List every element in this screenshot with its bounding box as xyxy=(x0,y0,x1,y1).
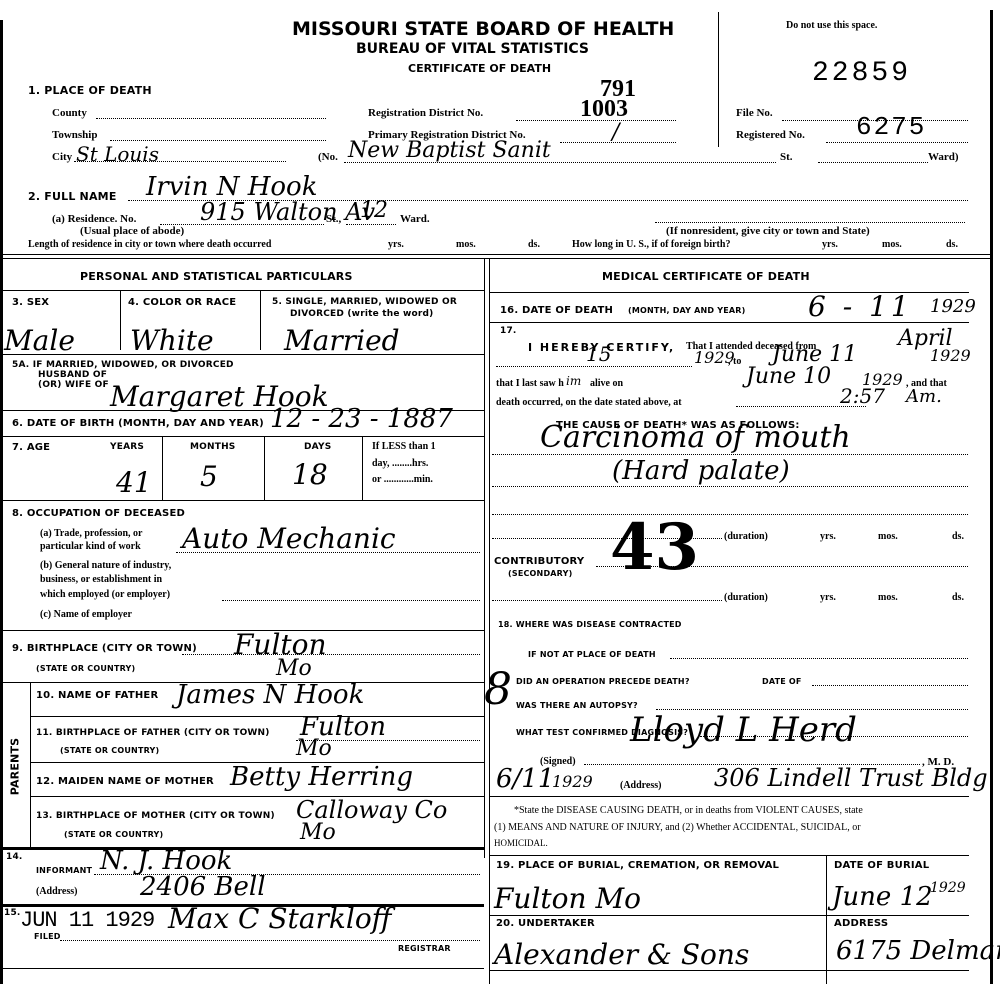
less-label-2: day, ........hrs. xyxy=(372,458,428,469)
months-days-divider xyxy=(264,436,265,500)
rule-parents-bottom xyxy=(0,847,484,850)
medical-section-title: MEDICAL CERTIFICATE OF DEATH xyxy=(602,270,810,283)
certify-num: 17. xyxy=(500,326,517,336)
race-label: 4. COLOR OR RACE xyxy=(128,297,236,308)
right-border xyxy=(990,10,993,984)
burial-date-year: 1929 xyxy=(930,880,966,896)
mother-label: 12. MAIDEN NAME OF MOTHER xyxy=(36,776,214,787)
rule-footnote-bottom xyxy=(489,855,969,856)
birthplace-field[interactable] xyxy=(182,646,480,655)
last-saw-label: that I last saw h xyxy=(496,378,564,389)
days-label: DAYS xyxy=(304,442,331,452)
days-value: 18 xyxy=(292,458,328,491)
header-divider xyxy=(718,12,719,147)
occurred-suffix: Am. xyxy=(906,386,942,407)
no-value: New Baptist Sanit xyxy=(348,138,551,163)
last-saw-him: im xyxy=(566,374,581,388)
code-value: 43 xyxy=(610,510,699,585)
father-label: 10. NAME OF FATHER xyxy=(36,690,158,701)
occurred-value: 2:57 xyxy=(840,384,885,408)
sex-value: Male xyxy=(4,324,75,357)
birthplace-label: 9. BIRTHPLACE (CITY OR TOWN) xyxy=(12,643,197,654)
operation-label: DID AN OPERATION PRECEDE DEATH? xyxy=(516,677,690,686)
rule-address-row xyxy=(489,796,969,797)
marital-value: Married xyxy=(284,324,400,357)
cause-line-3-field[interactable] xyxy=(492,506,968,515)
contracted-label: 18. WHERE WAS DISEASE CONTRACTED xyxy=(498,620,682,629)
sign-year: 1929 xyxy=(552,772,593,791)
length-residence-label: Length of residence in city or town wher… xyxy=(28,239,271,250)
left-border xyxy=(0,20,3,984)
sex-race-divider xyxy=(120,290,121,350)
township-label: Township xyxy=(52,129,97,141)
place-of-death-label: 1. PLACE OF DEATH xyxy=(28,84,152,97)
residence-label: (a) Residence. No. xyxy=(52,213,136,225)
center-divider-left xyxy=(484,258,485,858)
address-value: 306 Lindell Trust Bldg xyxy=(714,764,988,792)
form-title: MISSOURI STATE BOARD OF HEALTH xyxy=(292,18,674,40)
residence-st-label: St., xyxy=(326,213,341,225)
rule-bottom-right xyxy=(489,970,969,971)
do-not-use-label: Do not use this space. xyxy=(786,20,877,31)
occupation-label: 8. OCCUPATION OF DECEASED xyxy=(12,508,185,519)
father-birthplace-label: 11. BIRTHPLACE OF FATHER (CITY OR TOWN) xyxy=(36,728,270,738)
rule-personal-title xyxy=(0,290,484,291)
marital-label-2: DIVORCED (write the word) xyxy=(290,309,434,319)
rule-age-row xyxy=(0,500,484,501)
dob-label: 6. DATE OF BIRTH (MONTH, DAY AND YEAR) xyxy=(12,418,264,429)
burial-value: Fulton Mo xyxy=(494,882,641,915)
registration-district-label: Registration District No. xyxy=(368,107,483,119)
industry-label-2: business, or establishment in xyxy=(40,574,162,585)
birthplace-state-label: (STATE OR COUNTRY) xyxy=(36,664,135,673)
duration-2-mos: mos. xyxy=(878,592,898,603)
less-label-1: If LESS than 1 xyxy=(372,441,436,452)
operation-date-field[interactable] xyxy=(812,679,968,686)
informant-num: 14. xyxy=(6,852,23,862)
marital-label-1: 5. SINGLE, MARRIED, WIDOWED OR xyxy=(272,297,457,307)
burial-date-value: June 12 xyxy=(832,882,933,912)
parents-label: PARENTS xyxy=(8,738,21,796)
duration-2-yrs: yrs. xyxy=(820,592,836,603)
address-label: (Address) xyxy=(620,780,661,791)
industry-label-3: which employed (or employer) xyxy=(40,589,170,600)
ward-field[interactable] xyxy=(818,154,928,163)
birthplace-state-value: Mo xyxy=(276,656,312,681)
mother-state-value: Mo xyxy=(300,820,336,845)
trade-label-2: particular kind of work xyxy=(40,541,141,552)
form-name: CERTIFICATE OF DEATH xyxy=(408,62,551,75)
years-value: 41 xyxy=(116,466,152,499)
trade-label-1: (a) Trade, profession, or xyxy=(40,528,143,539)
to-year: 1929 xyxy=(930,346,971,365)
date-of-label: DATE OF xyxy=(762,677,802,686)
contributory-label: CONTRIBUTORY xyxy=(494,556,584,567)
dod-label: 16. DATE OF DEATH xyxy=(500,305,613,316)
informant-address-value: 2406 Bell xyxy=(140,872,266,902)
footnote-2: (1) MEANS AND NATURE OF INJURY, and (2) … xyxy=(494,822,861,833)
alive-on-label: alive on xyxy=(590,378,623,389)
spouse-label-3: (OR) WIFE OF xyxy=(38,380,109,390)
to-label: , to xyxy=(728,356,741,367)
mother-value: Betty Herring xyxy=(230,762,413,792)
duration-2-label: (duration) xyxy=(724,592,768,603)
city-label: City xyxy=(52,151,72,163)
center-divider-right xyxy=(489,258,490,984)
trade-value: Auto Mechanic xyxy=(182,522,396,555)
mother-birthplace-label: 13. BIRTHPLACE OF MOTHER (CITY OR TOWN) xyxy=(36,811,275,821)
age-label: 7. AGE xyxy=(12,442,50,453)
dod-sub-label: (MONTH, DAY AND YEAR) xyxy=(628,306,746,315)
registered-no-value: 6275 xyxy=(856,112,926,142)
sign-date: 6/11 xyxy=(496,764,554,794)
nonresident-label: (If nonresident, give city or town and S… xyxy=(666,225,870,237)
days-less-divider xyxy=(362,436,363,500)
foreign-mos-label: mos. xyxy=(882,239,902,250)
personal-section-title: PERSONAL AND STATISTICAL PARTICULARS xyxy=(80,270,353,283)
rule-burial-row xyxy=(489,915,969,916)
county-field[interactable] xyxy=(96,110,326,119)
burial-date-divider xyxy=(826,855,827,984)
filed-label: FILED xyxy=(34,932,61,941)
ward-label: Ward) xyxy=(928,151,959,163)
informant-label: INFORMANT xyxy=(36,866,92,875)
autopsy-field[interactable] xyxy=(656,703,968,710)
father-state-label: (STATE OR COUNTRY) xyxy=(60,746,159,755)
autopsy-label: WAS THERE AN AUTOPSY? xyxy=(516,701,638,710)
duration-2-ds: ds. xyxy=(952,592,964,603)
undertaker-label: 20. UNDERTAKER xyxy=(496,918,595,929)
not-at-place-field[interactable] xyxy=(670,652,968,659)
nonresident-field[interactable] xyxy=(655,214,965,223)
spouse-label-1: 5A. IF MARRIED, WIDOWED, OR DIVORCED xyxy=(12,360,234,370)
stamp-number: 22859 xyxy=(812,58,911,89)
not-at-place-label: IF NOT AT PLACE OF DEATH xyxy=(528,650,656,659)
cause-line-1: Carcinoma of mouth xyxy=(540,420,851,455)
file-no-label: File No. xyxy=(736,107,773,119)
footnote-1: *State the DISEASE CAUSING DEATH, or in … xyxy=(514,805,863,816)
spouse-label-2: HUSBAND OF xyxy=(38,370,107,380)
footnote-3: HOMICIDAL. xyxy=(494,838,548,848)
years-label: YEARS xyxy=(110,442,144,452)
full-name-label: 2. FULL NAME xyxy=(28,190,117,203)
form-subtitle: BUREAU OF VITAL STATISTICS xyxy=(356,41,589,57)
rule-sex-row xyxy=(0,354,484,355)
length-mos-label: mos. xyxy=(456,239,476,250)
registrar-label: REGISTRAR xyxy=(398,944,451,953)
duration-1-yrs: yrs. xyxy=(820,531,836,542)
industry-label-1: (b) General nature of industry, xyxy=(40,560,171,571)
burial-label: 19. PLACE OF BURIAL, CREMATION, OR REMOV… xyxy=(496,860,779,871)
dob-value: 12 - 23 - 1887 xyxy=(270,404,453,434)
length-ds-label: ds. xyxy=(528,239,540,250)
no-label: (No. xyxy=(318,151,338,163)
duration-2-field[interactable] xyxy=(492,592,722,601)
father-state-value: Mo xyxy=(296,736,332,761)
dod-year: 1929 xyxy=(930,296,976,317)
rule-header-bottom-2 xyxy=(0,258,990,259)
employer-label: (c) Name of employer xyxy=(40,609,132,620)
primary-registration-value: / xyxy=(612,120,619,145)
ward-number-value: 12 xyxy=(360,198,388,223)
burial-date-label: DATE OF BURIAL xyxy=(834,860,929,871)
township-field[interactable] xyxy=(110,132,326,141)
rule-bottom-left xyxy=(0,968,484,969)
abode-label: (Usual place of abode) xyxy=(80,225,184,237)
duration-1-ds: ds. xyxy=(952,531,964,542)
filed-num: 15. xyxy=(4,908,21,918)
industry-field[interactable] xyxy=(222,592,480,601)
length-yrs-label: yrs. xyxy=(388,239,404,250)
undertaker-value: Alexander & Sons xyxy=(494,938,749,971)
months-label: MONTHS xyxy=(190,442,236,452)
years-months-divider xyxy=(162,436,163,500)
side-mark: 8 xyxy=(484,664,512,715)
last-saw-value: June 10 xyxy=(746,364,831,389)
city-value: St Louis xyxy=(76,142,159,166)
parents-divider xyxy=(30,682,31,848)
duration-1-mos: mos. xyxy=(878,531,898,542)
cause-line-2: (Hard palate) xyxy=(612,456,790,486)
months-value: 5 xyxy=(200,460,218,493)
foreign-ds-label: ds. xyxy=(946,239,958,250)
county-label: County xyxy=(52,107,87,119)
dod-value: 6 - 11 xyxy=(808,290,913,323)
father-value: James N Hook xyxy=(176,680,364,710)
informant-address-label: (Address) xyxy=(36,886,77,897)
occurred-label: death occurred, on the date stated above… xyxy=(496,397,682,408)
secondary-label: (SECONDARY) xyxy=(508,569,572,578)
registered-no-label: Registered No. xyxy=(736,129,805,141)
sex-label: 3. SEX xyxy=(12,297,49,308)
foreign-yrs-label: yrs. xyxy=(822,239,838,250)
undertaker-address-value: 6175 Delmar xyxy=(836,936,1000,966)
filed-stamp: JUN 11 1929 xyxy=(20,908,154,933)
foreign-birth-label: How long in U. S., if of foreign birth? xyxy=(572,239,730,250)
ward-number-label: Ward. xyxy=(400,213,430,225)
from-day: 15 xyxy=(586,342,611,366)
rule-header-bottom xyxy=(0,254,990,255)
less-label-3: or ............min. xyxy=(372,474,433,485)
registration-district-value: 1003 xyxy=(580,96,628,123)
undertaker-address-label: ADDRESS xyxy=(834,918,888,929)
duration-1-label: (duration) xyxy=(724,531,768,542)
race-marital-divider xyxy=(260,290,261,350)
signed-value: Lloyd L Herd xyxy=(630,710,857,750)
rule-father-row xyxy=(30,716,484,717)
race-value: White xyxy=(130,324,214,357)
rule-dod-row xyxy=(489,322,969,323)
rule-dob-row xyxy=(0,436,484,437)
registrar-value: Max C Starkloff xyxy=(168,902,392,935)
mother-state-label: (STATE OR COUNTRY) xyxy=(64,830,163,839)
st-label: St. xyxy=(780,151,793,163)
